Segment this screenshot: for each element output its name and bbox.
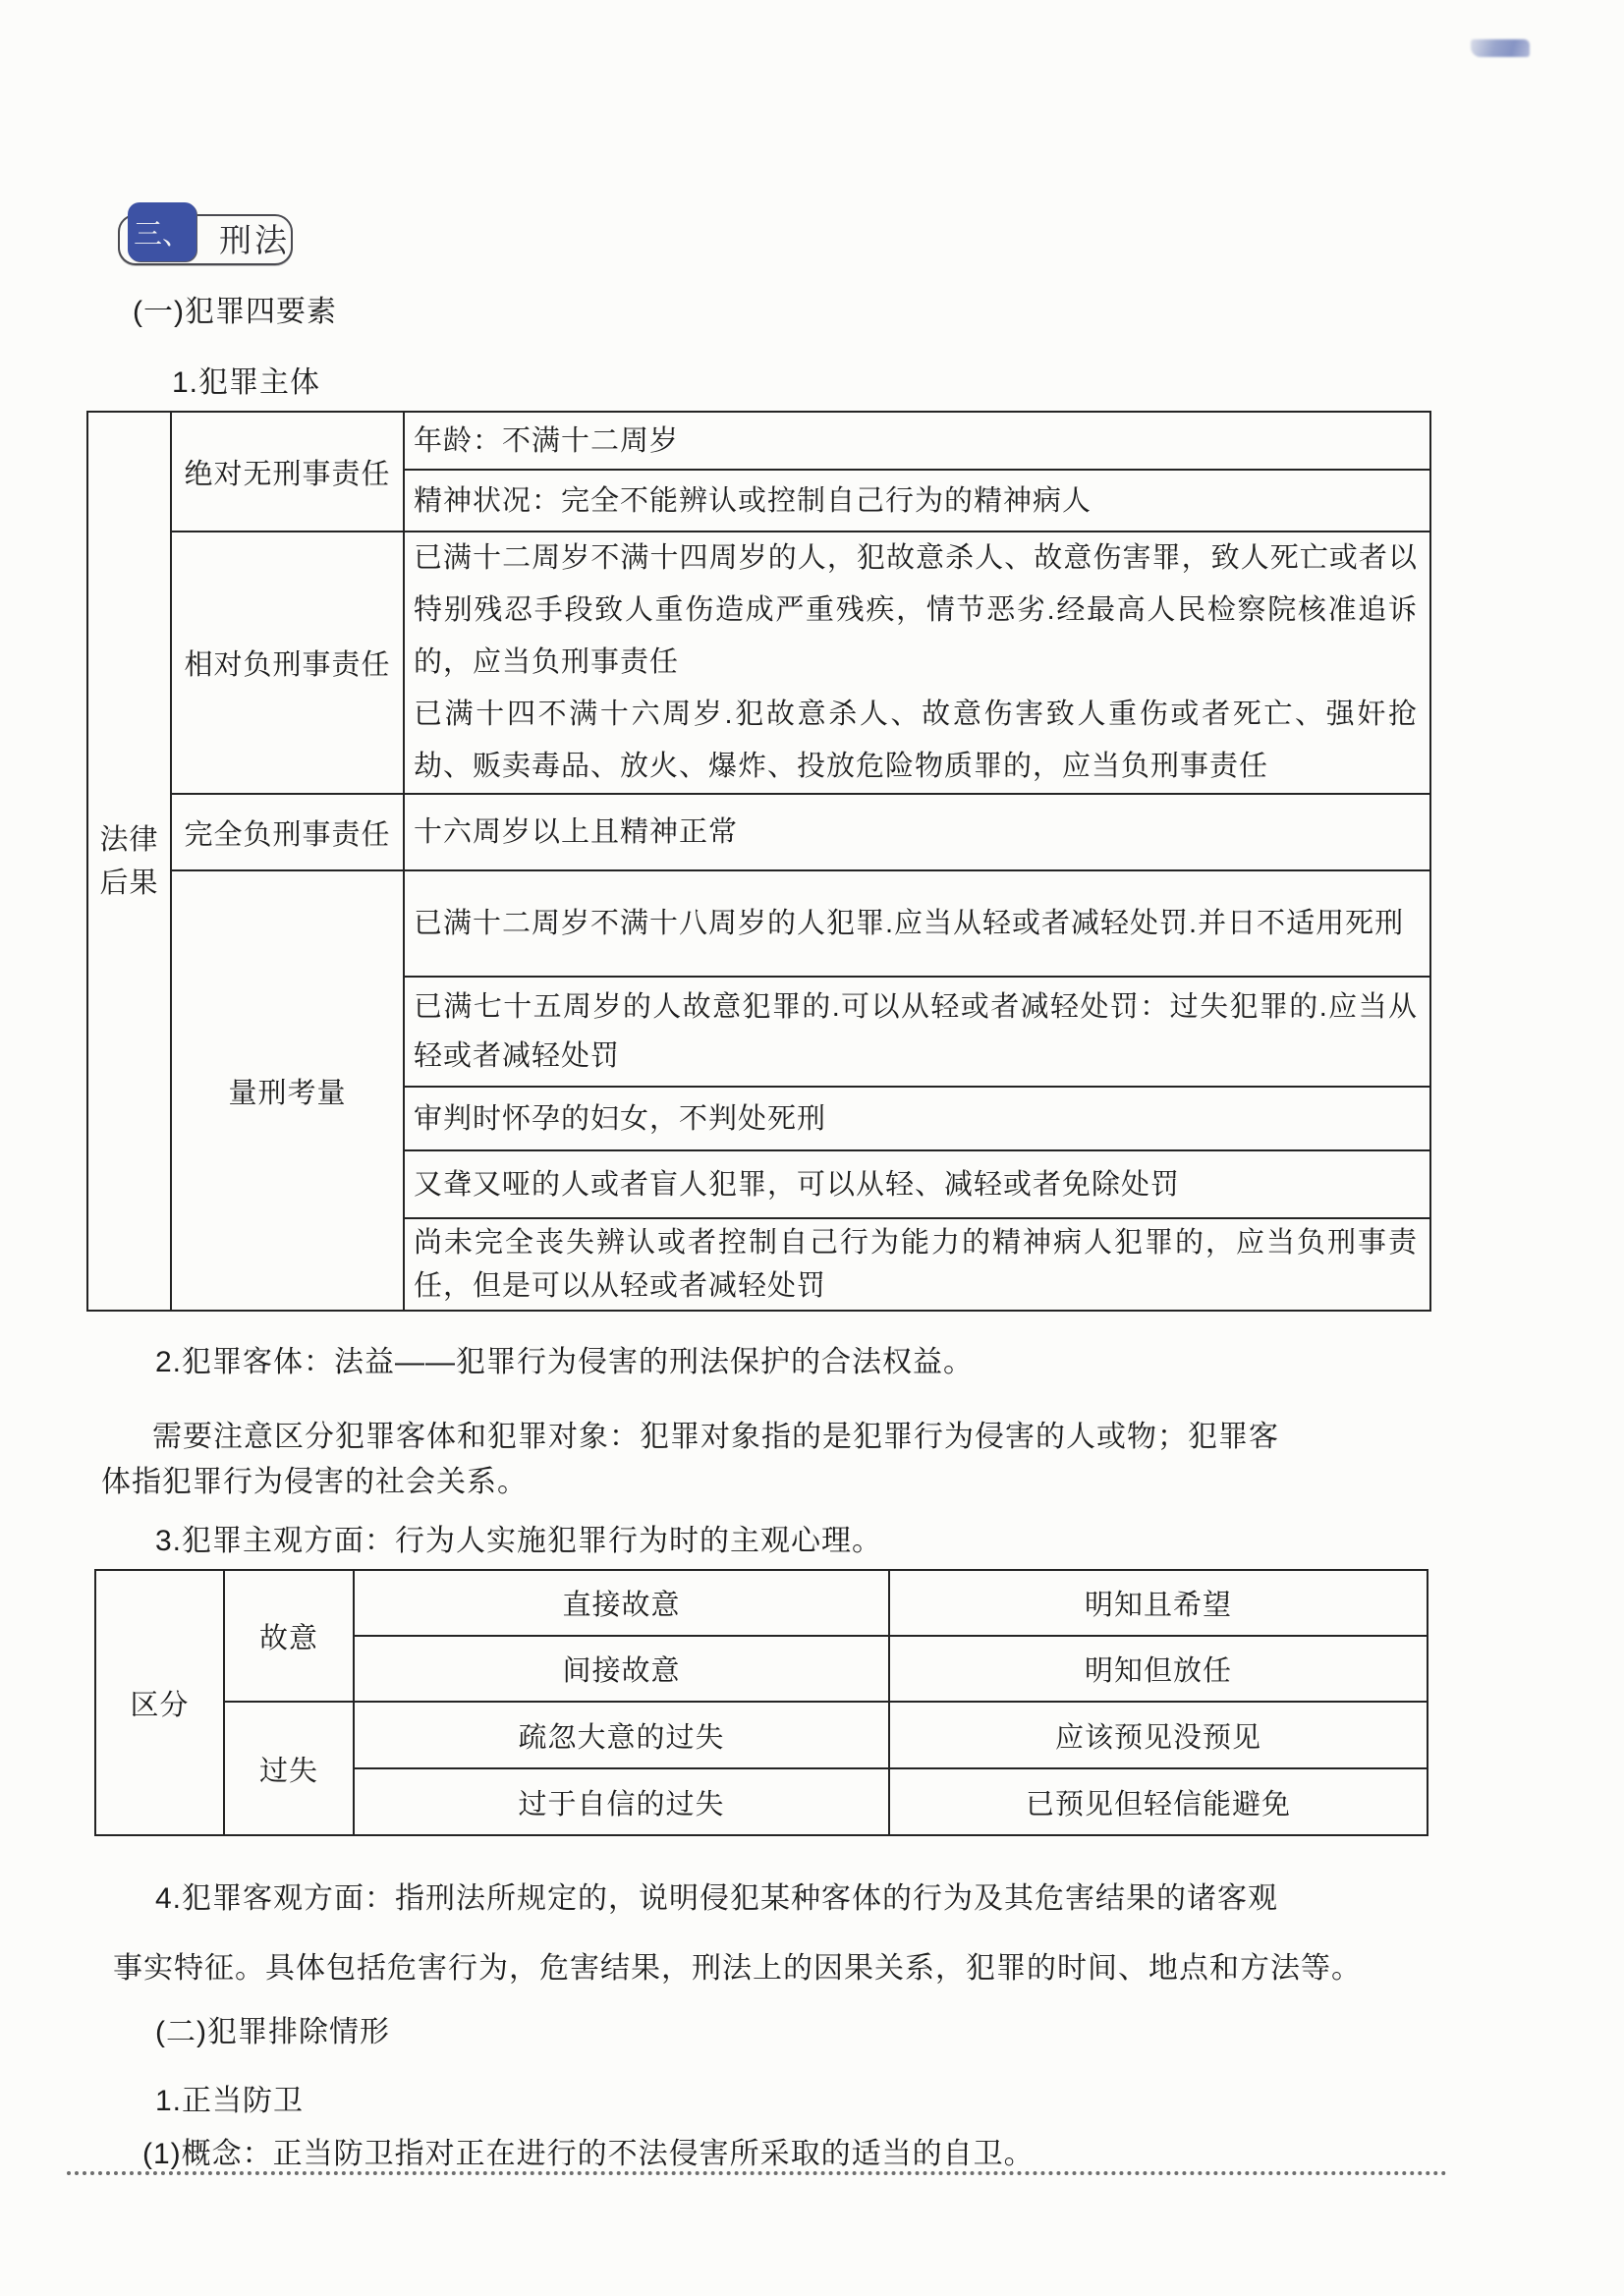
note-paragraph-line1: 需要注意区分犯罪客体和犯罪对象：犯罪对象指的是犯罪行为侵害的人或物；犯罪客	[152, 1418, 1279, 1457]
t2-cell-careless-negligence: 疏忽大意的过失	[354, 1702, 889, 1768]
badge-title: 刑法	[210, 212, 299, 263]
t2-side-header-cell: 区分	[95, 1570, 224, 1835]
t1-cell-elderly-sentencing: 已满七十五周岁的人故意犯罪的.可以从轻或者减轻处罚：过失犯罪的.应当从轻或者减轻…	[404, 977, 1430, 1087]
t1-cat-absolute-no-liability: 绝对无刑事责任	[171, 412, 404, 532]
heading-crime-exclusions: (二)犯罪排除情形	[155, 2013, 390, 2052]
table-row: 区分 故意 直接故意 明知且希望	[95, 1570, 1428, 1636]
criminal-responsibility-table: 法律后果 绝对无刑事责任 年龄：不满十二周岁 精神状况：完全不能辨认或控制自己行…	[86, 411, 1431, 1312]
objective-aspect-line1: 4.犯罪客观方面：指刑法所规定的，说明侵犯某种客体的行为及其危害结果的诸客观	[155, 1879, 1278, 1919]
t2-cell-indirect-intent-def: 明知但放任	[889, 1636, 1428, 1702]
heading-crime-subject: 1.犯罪主体	[172, 364, 320, 403]
heading-crime-four-elements: (一)犯罪四要素	[133, 293, 337, 332]
dotted-divider	[67, 2171, 1447, 2175]
t1-side-header-cell: 法律后果	[87, 412, 171, 1311]
t2-cell-overconfident-negligence-def: 已预见但轻信能避免	[889, 1768, 1428, 1835]
intent-negligence-table: 区分 故意 直接故意 明知且希望 间接故意 明知但放任 过失 疏忽大意的过失 应…	[94, 1569, 1428, 1836]
t2-cat-intent: 故意	[224, 1570, 354, 1702]
t1-cat-relative-liability: 相对负刑事责任	[171, 532, 404, 794]
table-row: 量刑考量 已满十二周岁不满十八周岁的人犯罪.应当从轻或者减轻处罚.并日不适用死刑	[87, 870, 1430, 977]
t2-cell-overconfident-negligence: 过于自信的过失	[354, 1768, 889, 1835]
table-row: 完全负刑事责任 十六周岁以上且精神正常	[87, 794, 1430, 870]
t1-para-age12to14: 已满十二周岁不满十四周岁的人，犯故意杀人、故意伤害罪，致人死亡或者以特别残忍手段…	[414, 532, 1418, 689]
t2-cat-negligence: 过失	[224, 1702, 354, 1835]
table-row: 过失 疏忽大意的过失 应该预见没预见	[95, 1702, 1428, 1768]
table-row: 相对负刑事责任 已满十二周岁不满十四周岁的人，犯故意杀人、故意伤害罪，致人死亡或…	[87, 532, 1430, 794]
section-badge: 三、 刑法	[110, 196, 307, 265]
note-paragraph-line2: 体指犯罪行为侵害的社会关系。	[101, 1463, 528, 1502]
t1-cell-pregnant-women: 审判时怀孕的妇女，不判处死刑	[404, 1087, 1430, 1150]
table-row: 法律后果 绝对无刑事责任 年龄：不满十二周岁	[87, 412, 1430, 470]
t1-cell-minor-sentencing: 已满十二周岁不满十八周岁的人犯罪.应当从轻或者减轻处罚.并日不适用死刑	[404, 870, 1430, 977]
heading-subjective-aspect: 3.犯罪主观方面：行为人实施犯罪行为时的主观心理。	[155, 1522, 882, 1561]
t1-cell-age: 年龄：不满十二周岁	[404, 412, 1430, 470]
badge-number: 三、	[128, 202, 196, 261]
t2-cell-careless-negligence-def: 应该预见没预见	[889, 1702, 1428, 1768]
concept-paragraph: (1)概念：正当防卫指对正在进行的不法侵害所采取的适当的自卫。	[142, 2135, 1035, 2174]
t1-cell-relative-liability: 已满十二周岁不满十四周岁的人，犯故意杀人、故意伤害罪，致人死亡或者以特别残忍手段…	[404, 532, 1430, 794]
heading-justifiable-defense: 1.正当防卫	[155, 2082, 304, 2121]
heading-crime-object: 2.犯罪客体：法益——犯罪行为侵害的刑法保护的合法权益。	[155, 1343, 974, 1382]
t1-cell-mental-state: 精神状况：完全不能辨认或控制自己行为的精神病人	[404, 470, 1430, 532]
t2-cell-direct-intent-def: 明知且希望	[889, 1570, 1428, 1636]
t1-cell-partial-mental-capacity: 尚未完全丧失辨认或者控制自己行为能力的精神病人犯罪的，应当负刑事责任，但是可以从…	[404, 1218, 1430, 1311]
objective-aspect-line2: 事实特征。具体包括危害行为，危害结果，刑法上的因果关系，犯罪的时间、地点和方法等…	[113, 1949, 1362, 1988]
t2-cell-indirect-intent: 间接故意	[354, 1636, 889, 1702]
t1-para-age14to16: 已满十四不满十六周岁.犯故意杀人、故意伤害致人重伤或者死亡、强奸抢劫、贩卖毒品、…	[414, 689, 1418, 793]
scanned-document-page: 三、 刑法 (一)犯罪四要素 1.犯罪主体 法律后果 绝对无刑事责任 年龄：不满…	[0, 0, 1624, 2296]
scan-smudge-artifact	[1471, 39, 1530, 57]
t1-cell-full-liability: 十六周岁以上且精神正常	[404, 794, 1430, 870]
t1-cell-deaf-mute-blind: 又聋又哑的人或者盲人犯罪，可以从轻、减轻或者免除处罚	[404, 1150, 1430, 1218]
t1-cat-sentencing: 量刑考量	[171, 870, 404, 1311]
t1-cat-full-liability: 完全负刑事责任	[171, 794, 404, 870]
t2-cell-direct-intent: 直接故意	[354, 1570, 889, 1636]
badge-number-label: 三、	[134, 212, 191, 252]
